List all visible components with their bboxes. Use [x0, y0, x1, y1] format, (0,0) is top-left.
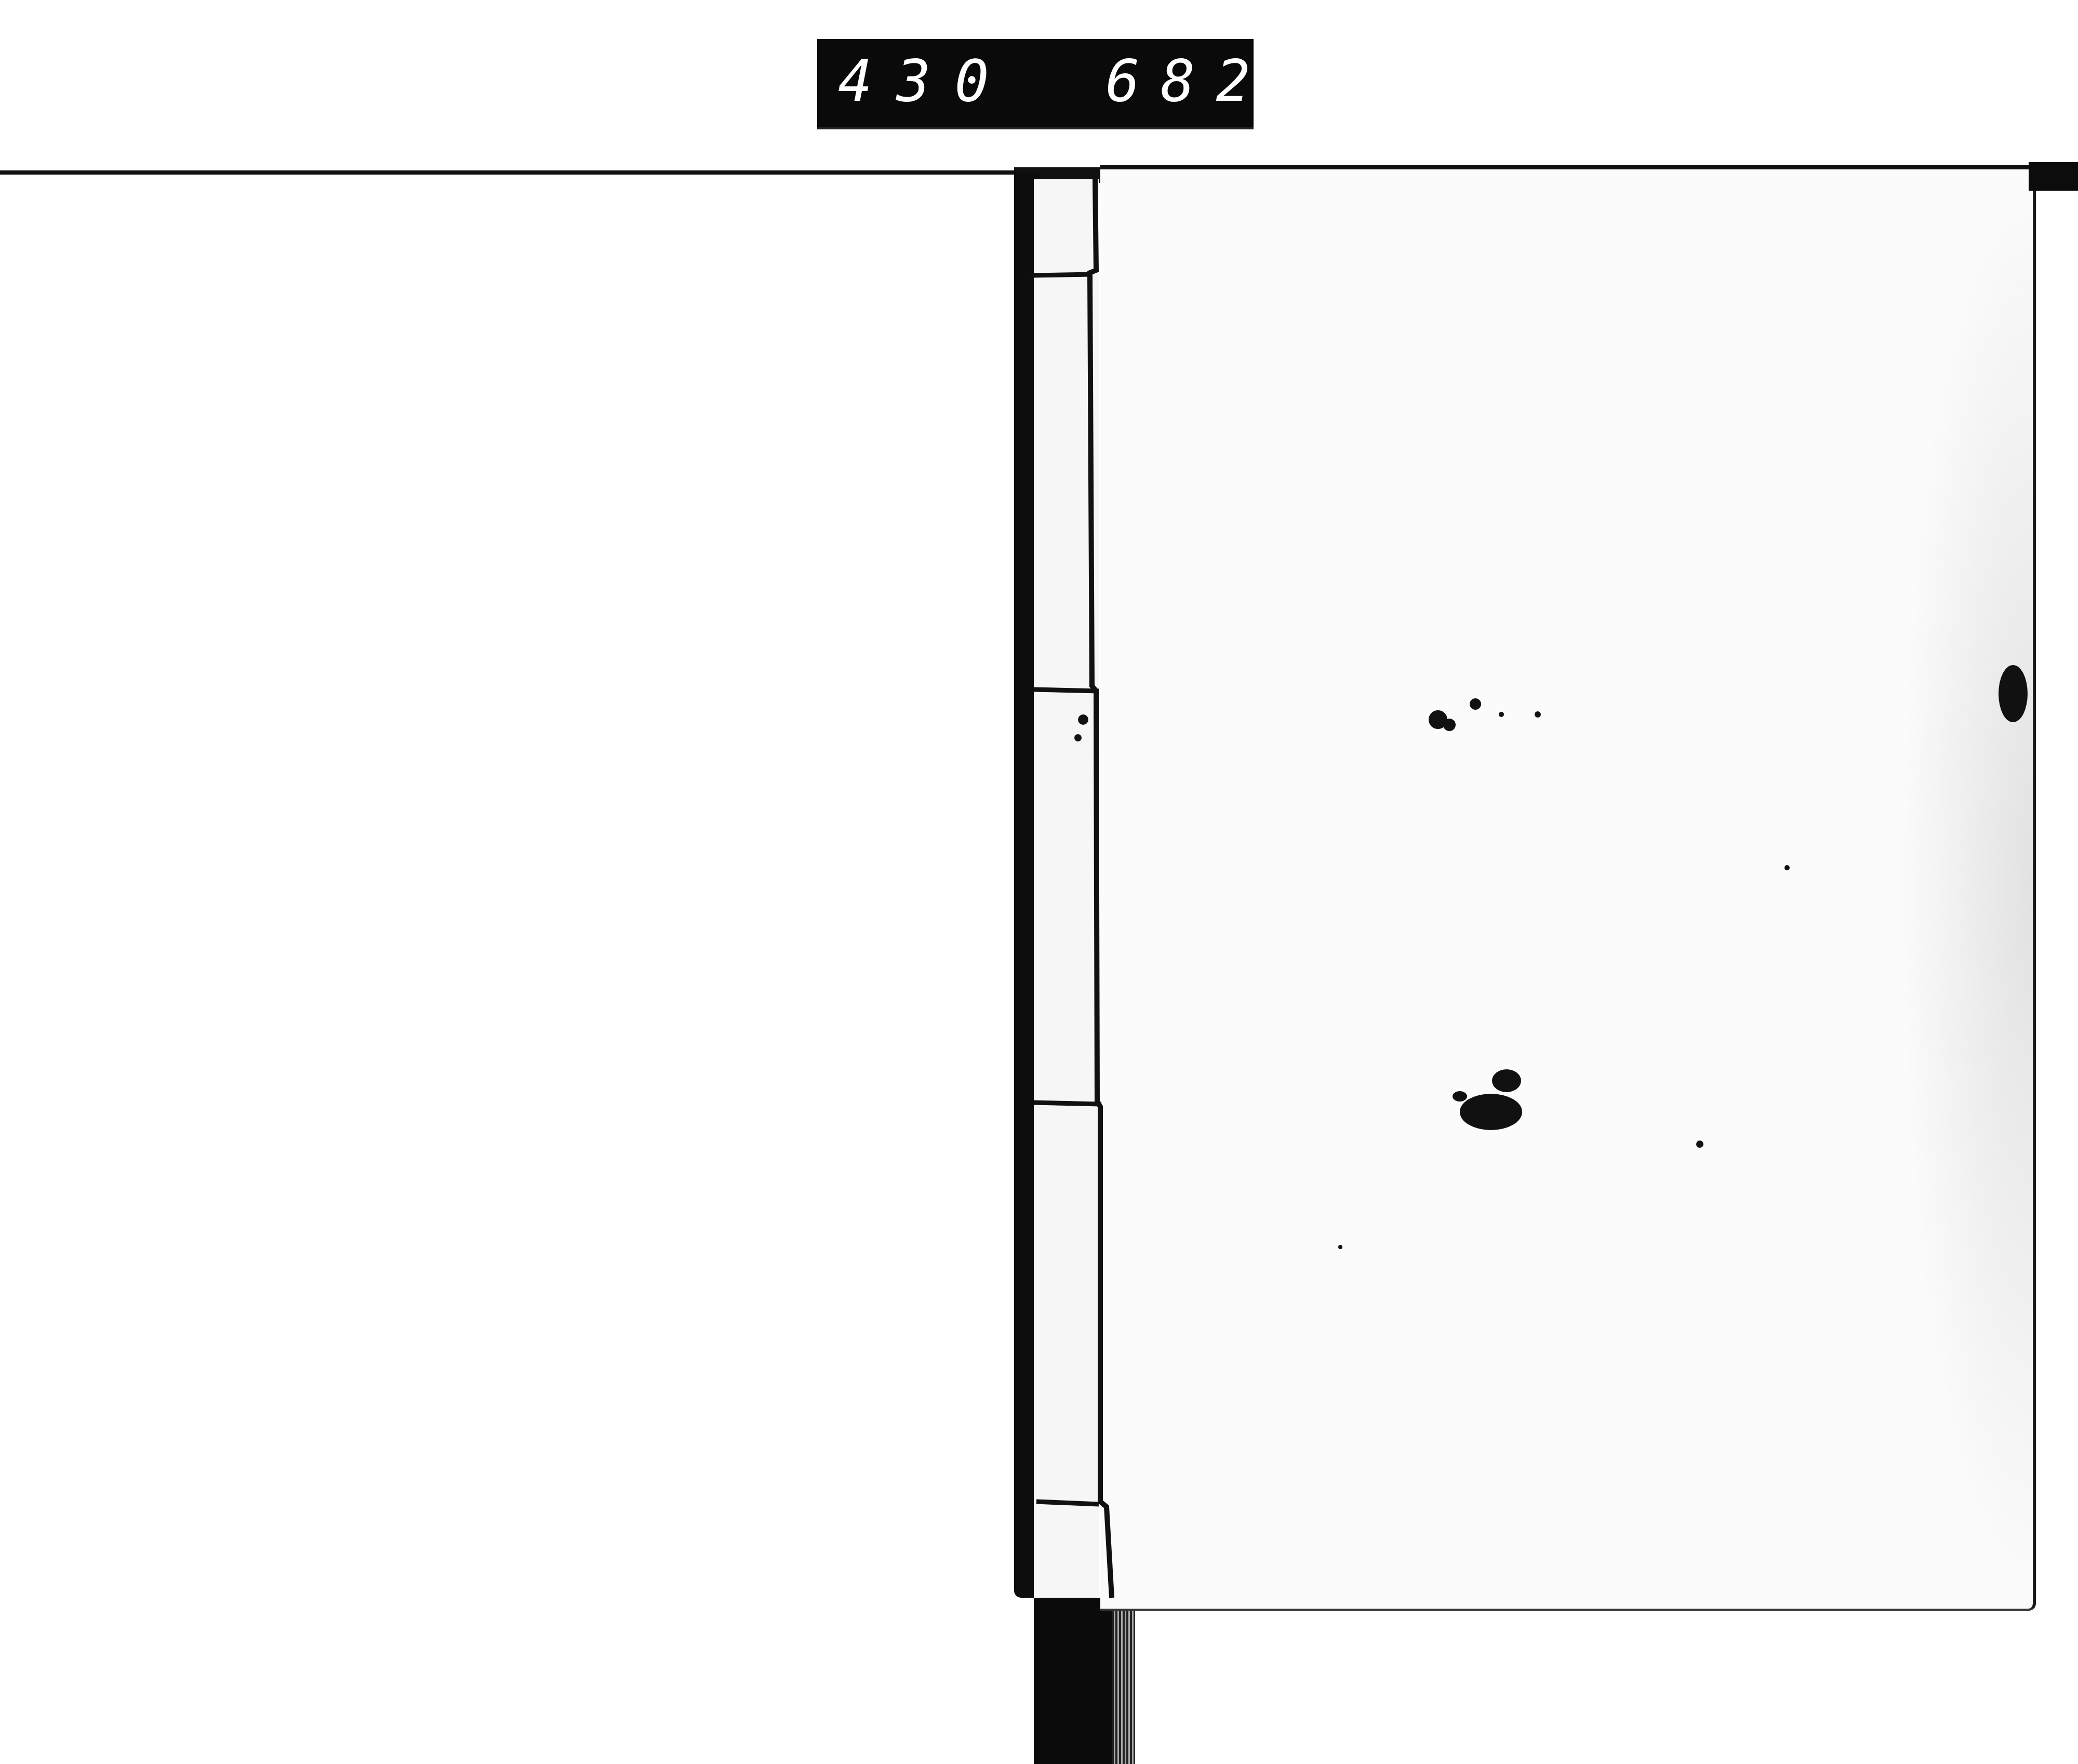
binding-stitches	[0, 0, 2078, 1764]
stitch-1	[1031, 274, 1091, 275]
stitch-4	[1036, 1502, 1099, 1504]
stitch-3	[1034, 1103, 1101, 1104]
paper-stains	[1074, 665, 2028, 1249]
stitch-thread-vertical	[1090, 179, 1112, 1598]
stitch-2	[1034, 689, 1099, 691]
